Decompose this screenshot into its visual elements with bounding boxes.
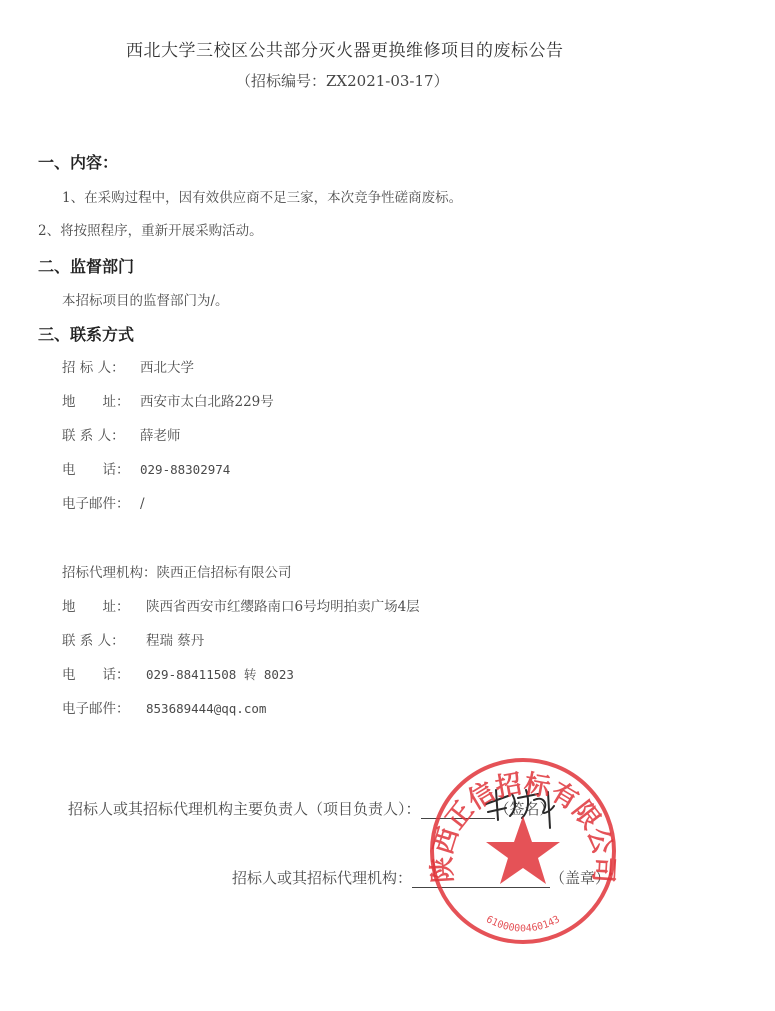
field-value: 西安市太白北路229号	[140, 394, 274, 410]
agency-name-row: 招标代理机构：陕西正信招标有限公司	[62, 561, 292, 581]
field-label: 联 系 人：	[62, 629, 146, 649]
svg-text:6100000460143: 6100000460143	[484, 914, 562, 934]
field-value: 西北大学	[140, 360, 194, 376]
content-item-2: 2、将按照程序，重新开展采购活动。	[38, 219, 263, 239]
tenderer-address-row: 地 址：西安市太白北路229号	[62, 390, 274, 410]
field-label: 招标代理机构：	[62, 565, 157, 581]
field-label: 电 话：	[62, 458, 140, 478]
agency-email-row: 电子邮件：853689444@qq.com	[62, 697, 266, 717]
tender-number: （招标编号：ZX2021-03-17）	[236, 70, 449, 91]
field-value: 029-88302974	[140, 462, 230, 477]
signature-org-label: 招标人或其招标代理机构：	[232, 869, 412, 887]
content-item-1: 1、在采购过程中，因有效供应商不足三家，本次竞争性磋商废标。	[62, 186, 462, 206]
tenderer-email-row: 电子邮件：/	[62, 492, 145, 512]
field-value: 程瑞 蔡丹	[146, 633, 204, 649]
agency-phone-row: 电 话：029-88411508 转 8023	[62, 663, 294, 683]
field-label: 地 址：	[62, 595, 146, 615]
field-value: 陕西正信招标有限公司	[157, 565, 292, 581]
field-value: 薛老师	[140, 428, 181, 444]
field-value: 853689444@qq.com	[146, 701, 266, 716]
document-title: 西北大学三校区公共部分灭火器更换维修项目的废标公告	[126, 36, 564, 61]
agency-contact-row: 联 系 人：程瑞 蔡丹	[62, 629, 204, 649]
field-label: 联 系 人：	[62, 424, 140, 444]
field-label: 电 话：	[62, 663, 146, 683]
field-label: 招 标 人：	[62, 356, 140, 376]
field-label: 电子邮件：	[62, 492, 140, 512]
tenderer-name-row: 招 标 人：西北大学	[62, 356, 194, 376]
signature-person-label: 招标人或其招标代理机构主要负责人（项目负责人）：	[68, 800, 421, 818]
field-value: 029-88411508 转 8023	[146, 667, 294, 682]
tenderer-phone-row: 电 话：029-88302974	[62, 458, 230, 478]
tenderer-contact-row: 联 系 人：薛老师	[62, 424, 181, 444]
section-heading-contact: 三、联系方式	[38, 322, 134, 345]
section-heading-content: 一、内容：	[38, 150, 118, 173]
official-seal-icon: 陕西正信招标有限公司 6100000460143	[428, 756, 618, 946]
supervision-text: 本招标项目的监督部门为/。	[62, 289, 229, 309]
agency-address-row: 地 址：陕西省西安市红缨路南口6号均明拍卖广场4层	[62, 595, 420, 615]
field-value: 陕西省西安市红缨路南口6号均明拍卖广场4层	[146, 599, 420, 615]
field-label: 地 址：	[62, 390, 140, 410]
field-value: /	[140, 496, 145, 512]
field-label: 电子邮件：	[62, 697, 146, 717]
section-heading-supervision: 二、监督部门	[38, 254, 134, 277]
